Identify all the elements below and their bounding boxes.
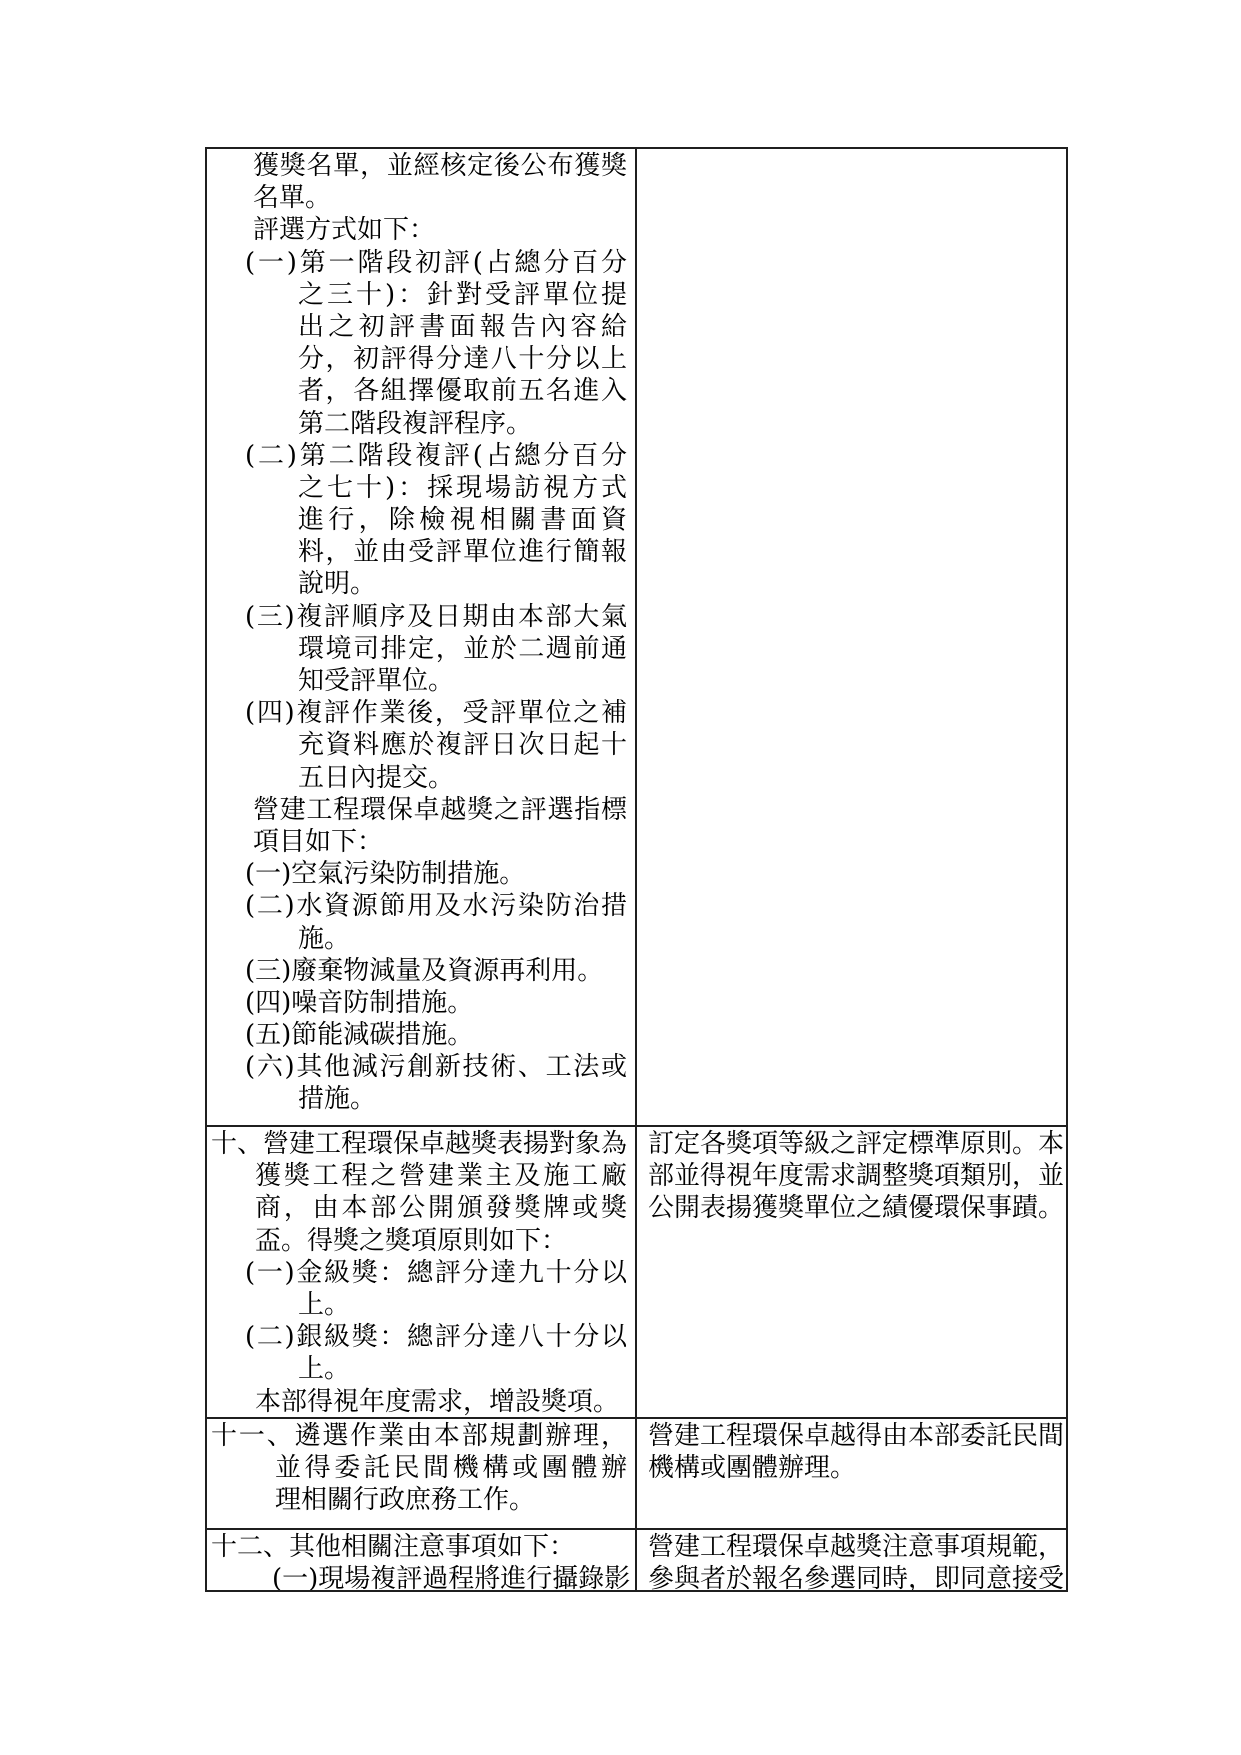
text-line: 五日內提交。 [298,762,627,794]
text-line: 部並得視年度需求調整獎項類別，並 [648,1160,1064,1192]
text-line: (二)水資源節用及水污染防治措 [245,890,627,922]
text-line: 理相關行政庶務工作。 [275,1484,627,1516]
table-row: 十二、其他相關注意事項如下：(一)現場複評過程將進行攝錄影營建工程環保卓越獎注意… [207,1528,1066,1590]
text-line: 之七十)：採現場訪視方式 [298,472,627,504]
text-line: 施。 [298,923,627,955]
text-line: 分，初評得分達八十分以上 [298,343,627,375]
text-line: 盃。得獎之獎項原則如下： [255,1225,627,1257]
text-line: 營建工程環保卓越獎注意事項規範， [648,1531,1064,1563]
text-line: (一)現場複評過程將進行攝錄影 [272,1563,627,1590]
table-cell-right: 訂定各獎項等級之評定標準原則。本部並得視年度需求調整獎項類別，並公開表揚獲獎單位… [637,1127,1066,1417]
text-line: 第二階段複評程序。 [298,408,627,440]
text-line: (四)複評作業後，受評單位之補 [245,697,627,729]
text-line: 訂定各獎項等級之評定標準原則。本 [648,1128,1064,1160]
text-line: 上。 [298,1353,627,1385]
text-line: 營建工程環保卓越獎之評選指標 [253,794,627,826]
text-line: 機構或團體辦理。 [648,1452,1064,1484]
table-cell-left: 十、營建工程環保卓越獎表揚對象為獲獎工程之營建業主及施工廠商，由本部公開頒發獎牌… [207,1127,637,1417]
text-line: 之三十)：針對受評單位提 [298,279,627,311]
text-line: 獲獎工程之營建業主及施工廠 [255,1160,627,1192]
text-line: (五)節能減碳措施。 [245,1019,627,1051]
text-line: 項目如下： [253,826,627,858]
text-line: 獲獎名單，並經核定後公布獲獎 [253,150,627,182]
text-line: 料，並由受評單位進行簡報 [298,536,627,568]
table-row: 十一、遴選作業由本部規劃辦理，並得委託民間機構或團體辦理相關行政庶務工作。營建工… [207,1417,1066,1528]
text-line: 名單。 [253,182,627,214]
text-line: (三)複評順序及日期由本部大氣 [245,601,627,633]
text-line: 本部得視年度需求，增設獎項。 [255,1386,627,1418]
text-line: (二)第二階段複評(占總分百分 [245,440,627,472]
table-cell-right: 營建工程環保卓越獎注意事項規範，參與者於報名參選同時，即同意接受 [637,1530,1066,1590]
table-cell-right [637,149,1066,1125]
text-line: (二)銀級獎：總評分達八十分以 [245,1321,627,1353]
text-line: 者，各組擇優取前五名進入 [298,375,627,407]
table-row: 十、營建工程環保卓越獎表揚對象為獲獎工程之營建業主及施工廠商，由本部公開頒發獎牌… [207,1125,1066,1417]
text-line: 環境司排定，並於二週前通 [298,633,627,665]
table-cell-left: 十二、其他相關注意事項如下：(一)現場複評過程將進行攝錄影 [207,1530,637,1590]
text-line: 十一、遴選作業由本部規劃辦理， [211,1420,627,1452]
document-page: 獲獎名單，並經核定後公布獲獎名單。評選方式如下：(一)第一階段初評(占總分百分之… [0,0,1241,1755]
text-line: 商，由本部公開頒發獎牌或獎 [255,1192,627,1224]
table-row: 獲獎名單，並經核定後公布獲獎名單。評選方式如下：(一)第一階段初評(占總分百分之… [207,149,1066,1125]
text-line: 進行，除檢視相關書面資 [298,504,627,536]
text-line: 十、營建工程環保卓越獎表揚對象為 [211,1128,627,1160]
text-line: (六)其他減污創新技術、工法或 [245,1051,627,1083]
text-line: 參與者於報名參選同時，即同意接受 [648,1563,1064,1590]
text-line: 公開表揚獲獎單位之績優環保事蹟。 [648,1192,1064,1224]
text-line: 並得委託民間機構或團體辦 [275,1452,627,1484]
text-line: (四)噪音防制措施。 [245,987,627,1019]
text-line: (一)金級獎：總評分達九十分以 [245,1257,627,1289]
text-line: (三)廢棄物減量及資源再利用。 [245,955,627,987]
text-line: 充資料應於複評日次日起十 [298,729,627,761]
table-cell-right: 營建工程環保卓越得由本部委託民間機構或團體辦理。 [637,1419,1066,1528]
rules-table: 獲獎名單，並經核定後公布獲獎名單。評選方式如下：(一)第一階段初評(占總分百分之… [205,147,1068,1592]
table-cell-left: 十一、遴選作業由本部規劃辦理，並得委託民間機構或團體辦理相關行政庶務工作。 [207,1419,637,1528]
text-line: 上。 [298,1289,627,1321]
text-line: (一)第一階段初評(占總分百分 [245,247,627,279]
table-cell-left: 獲獎名單，並經核定後公布獲獎名單。評選方式如下：(一)第一階段初評(占總分百分之… [207,149,637,1125]
text-line: 措施。 [298,1083,627,1115]
text-line: 說明。 [298,568,627,600]
text-line: 評選方式如下： [253,214,627,246]
text-line: (一)空氣污染防制措施。 [245,858,627,890]
text-line: 知受評單位。 [298,665,627,697]
text-line: 出之初評書面報告內容給 [298,311,627,343]
text-line: 十二、其他相關注意事項如下： [211,1531,627,1563]
text-line: 營建工程環保卓越得由本部委託民間 [648,1420,1064,1452]
